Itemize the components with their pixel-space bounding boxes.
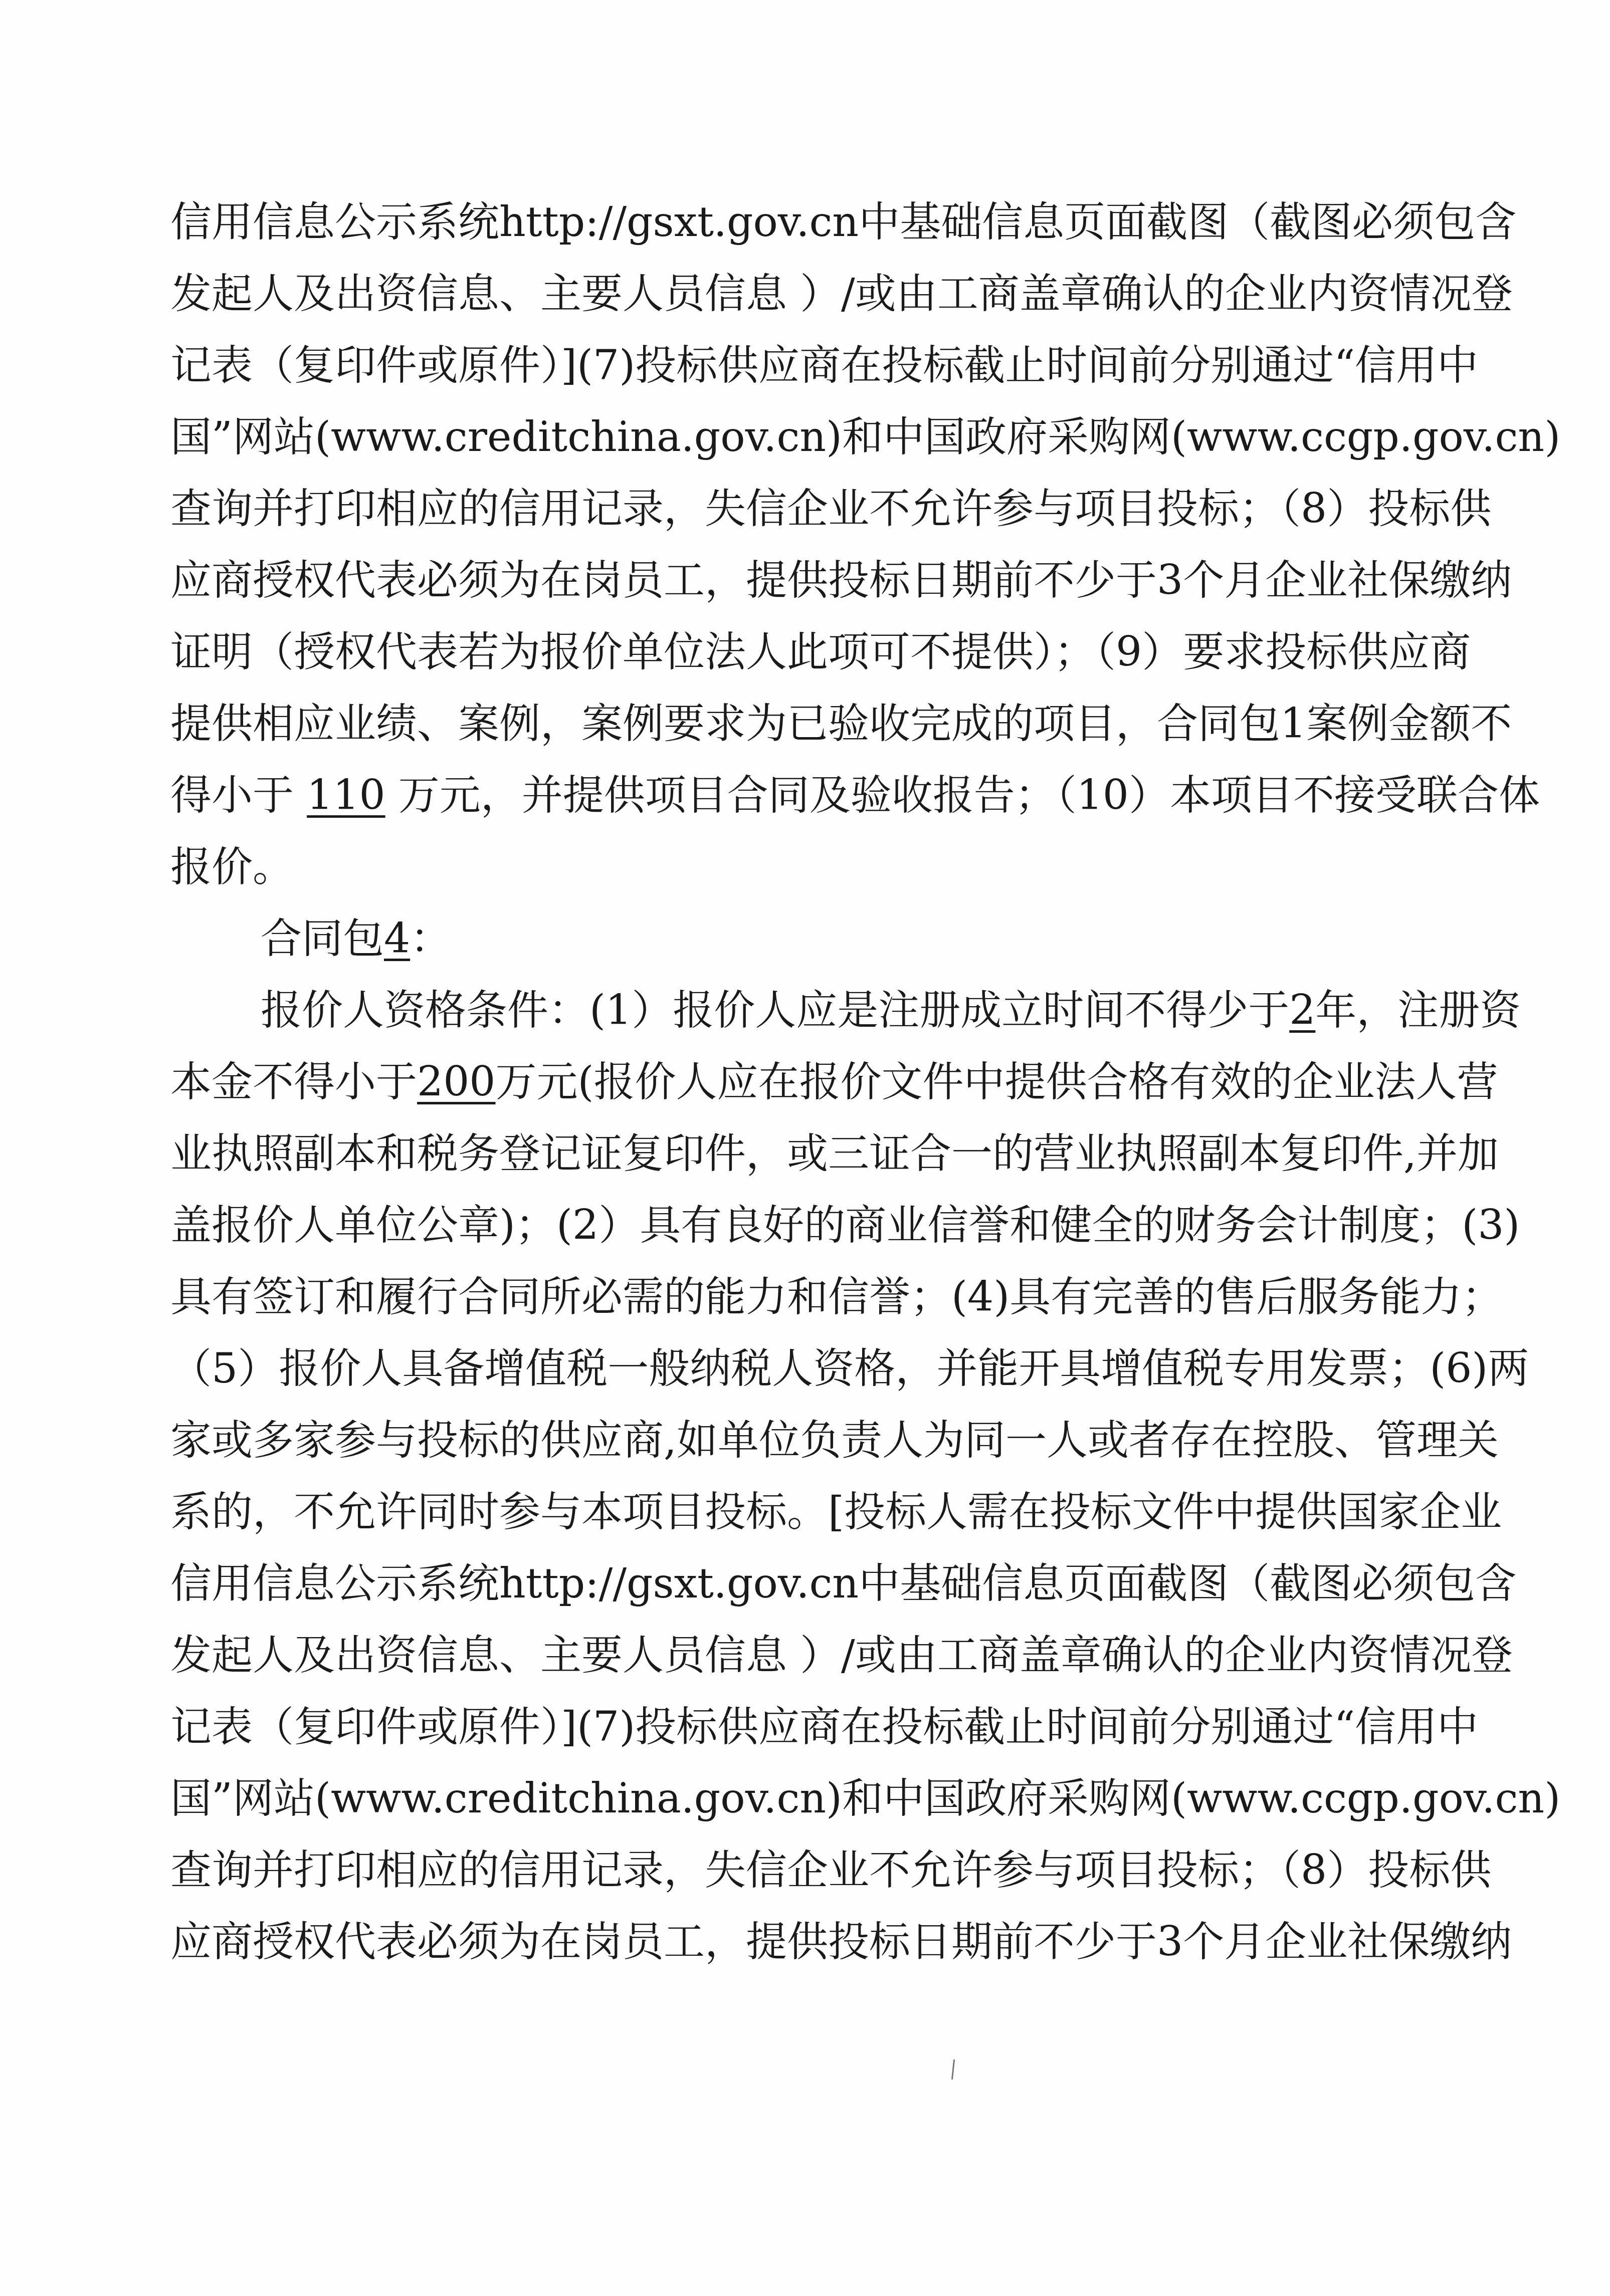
text-segment: 年，注册资 bbox=[1315, 987, 1521, 1034]
text-segment: 本金不得小于 bbox=[170, 1058, 417, 1106]
text-line: 家或多家参与投标的供应商,如单位负责人为同一人或者存在控股、管理关 bbox=[170, 1405, 1454, 1476]
text-line: 应商授权代表必须为在岗员工，提供投标日期前不少于3个月企业社保缴纳 bbox=[170, 545, 1454, 616]
scanned-document-page: 信用信息公示系统http://gsxt.gov.cn中基础信息页面截图（截图必须… bbox=[0, 0, 1610, 2296]
text-segment: 万元(报价人应在报价文件中提供合格有效的企业法人营 bbox=[496, 1058, 1498, 1106]
text-line: 业执照副本和税务登记证复印件，或三证合一的营业执照副本复印件,并加 bbox=[170, 1118, 1454, 1190]
text-line: 具有签订和履行合同所必需的能力和信誉；(4)具有完善的售后服务能力； bbox=[170, 1261, 1454, 1333]
text-line: 查询并打印相应的信用记录，失信企业不允许参与项目投标；（8）投标供 bbox=[170, 473, 1454, 545]
underlined-lot-number: 4 bbox=[384, 915, 410, 963]
text-line: 发起人及出资信息、主要人员信息 ）/或由工商盖章确认的企业内资情况登 bbox=[170, 258, 1454, 330]
text-line-qualification: 报价人资格条件：(1）报价人应是注册成立时间不得少于2年，注册资 bbox=[170, 975, 1454, 1046]
underlined-years: 2 bbox=[1289, 987, 1315, 1034]
scan-artifact-mark bbox=[951, 2059, 955, 2080]
text-segment: ： bbox=[410, 915, 451, 963]
text-line: 应商授权代表必须为在岗员工，提供投标日期前不少于3个月企业社保缴纳 bbox=[170, 1906, 1454, 1978]
text-line: 记表（复印件或原件）](7)投标供应商在投标截止时间前分别通过“信用中 bbox=[170, 330, 1454, 401]
text-segment: 万元，并提供项目合同及验收报告；（10）本项目不接受联合体 bbox=[398, 772, 1540, 819]
text-line: 信用信息公示系统http://gsxt.gov.cn中基础信息页面截图（截图必须… bbox=[170, 186, 1454, 258]
text-segment: 报价人资格条件：(1）报价人应是注册成立时间不得少于 bbox=[261, 987, 1289, 1034]
underlined-capital: 200 bbox=[417, 1058, 496, 1106]
text-line: 报价。 bbox=[170, 831, 1454, 903]
text-line: 提供相应业绩、案例，案例要求为已验收完成的项目，合同包1案例金额不 bbox=[170, 688, 1454, 760]
text-line: 证明（授权代表若为报价单位法人此项可不提供）；（9）要求投标供应商 bbox=[170, 616, 1454, 688]
text-line: （5）报价人具备增值税一般纳税人资格，并能开具增值税专用发票；(6)两 bbox=[170, 1333, 1454, 1405]
text-line: 查询并打印相应的信用记录，失信企业不允许参与项目投标；（8）投标供 bbox=[170, 1834, 1454, 1906]
text-line: 国”网站(www.creditchina.gov.cn)和中国政府采购网(www… bbox=[170, 1763, 1454, 1834]
text-line-case-amount: 得小于 110 万元，并提供项目合同及验收报告；（10）本项目不接受联合体 bbox=[170, 760, 1454, 831]
text-line: 发起人及出资信息、主要人员信息 ）/或由工商盖章确认的企业内资情况登 bbox=[170, 1620, 1454, 1691]
text-line: 系的，不允许同时参与本项目投标。[投标人需在投标文件中提供国家企业 bbox=[170, 1476, 1454, 1548]
text-line: 国”网站(www.creditchina.gov.cn)和中国政府采购网(www… bbox=[170, 401, 1454, 473]
section-heading-lot-4: 合同包4： bbox=[170, 903, 1454, 975]
text-line: 记表（复印件或原件）](7)投标供应商在投标截止时间前分别通过“信用中 bbox=[170, 1691, 1454, 1763]
text-line: 盖报价人单位公章)；(2）具有良好的商业信誉和健全的财务会计制度；(3) bbox=[170, 1190, 1454, 1261]
text-line: 信用信息公示系统http://gsxt.gov.cn中基础信息页面截图（截图必须… bbox=[170, 1548, 1454, 1620]
text-line-capital: 本金不得小于200万元(报价人应在报价文件中提供合格有效的企业法人营 bbox=[170, 1046, 1454, 1118]
text-segment: 得小于 bbox=[170, 772, 294, 819]
document-body: 信用信息公示系统http://gsxt.gov.cn中基础信息页面截图（截图必须… bbox=[170, 186, 1454, 1978]
text-segment: 合同包 bbox=[261, 915, 384, 963]
underlined-amount: 110 bbox=[307, 772, 385, 819]
